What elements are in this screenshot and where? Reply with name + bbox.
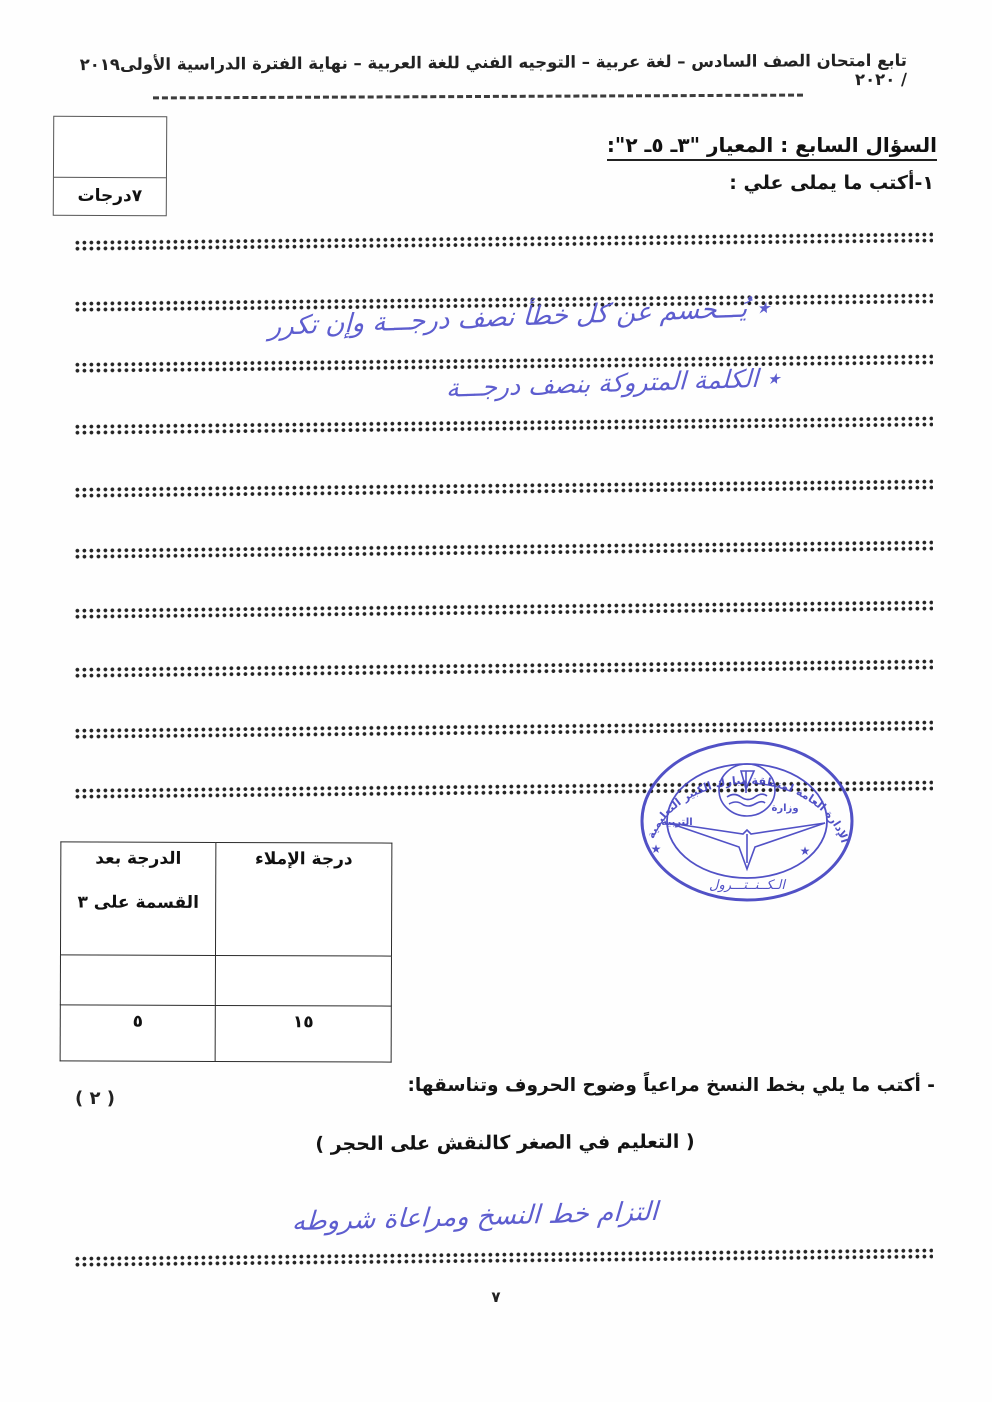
table-header-dictation-score: درجة الإملاء: [216, 842, 392, 955]
star-icon-right: ★: [800, 844, 811, 858]
question-item-1: ١-أكتب ما يملى علي :: [729, 172, 934, 194]
page-number: ٧: [0, 1288, 992, 1306]
exam-header-title: تابع امتحان الصف السادس – لغة عربية – ال…: [77, 51, 907, 93]
table-value-dictation-score: ١٥: [215, 1005, 391, 1062]
writing-line: [75, 479, 933, 499]
table-header-left-line2: القسمة على ٣: [62, 892, 214, 913]
table-value-divided-score: ٥: [60, 1005, 215, 1062]
writing-line: [75, 1248, 933, 1268]
score-box-empty-cell: [54, 117, 166, 179]
marker-note-naskh: التزام خط النسخ ومراعاة شروطه: [234, 1195, 715, 1238]
header-divider: [153, 94, 803, 100]
copy-task-marks: ( ٢ ): [60, 1088, 130, 1109]
table-empty-cell: [60, 954, 215, 1005]
grading-table: درجة الإملاء الدرجة بعد القسمة على ٣ ١٥ …: [60, 841, 393, 1062]
writing-line: [75, 659, 933, 679]
star-icon-left: ★: [651, 842, 662, 856]
copy-task-instruction: - أكتب ما يلي بخط النسخ مراعياً وضوح الح…: [408, 1075, 935, 1096]
writing-line: [75, 540, 933, 560]
stamp-control-text: الـكــنــتـــرول: [709, 878, 786, 893]
score-box-label: ٧درجات: [54, 178, 166, 215]
table-header-score-after-division: الدرجة بعد القسمة على ٣: [60, 842, 215, 955]
table-empty-cell: [215, 955, 391, 1006]
score-box: ٧درجات: [53, 116, 168, 217]
writing-line: [75, 600, 933, 620]
writing-line: [75, 232, 933, 252]
table-header-left-line1: الدرجة بعد: [62, 848, 214, 869]
official-stamp: الإدارة العامة لمنطقة مبارك الكبير التعل…: [633, 737, 861, 907]
copy-task-sentence: ( التعليم في الصغر كالنقش على الحجر ): [280, 1130, 730, 1155]
writing-line: [75, 416, 933, 436]
question-title: السؤال السابع : المعيار "٣ـ ٥ـ ٢":: [607, 133, 937, 161]
stamp-ministry-text: وزارة: [771, 803, 798, 814]
